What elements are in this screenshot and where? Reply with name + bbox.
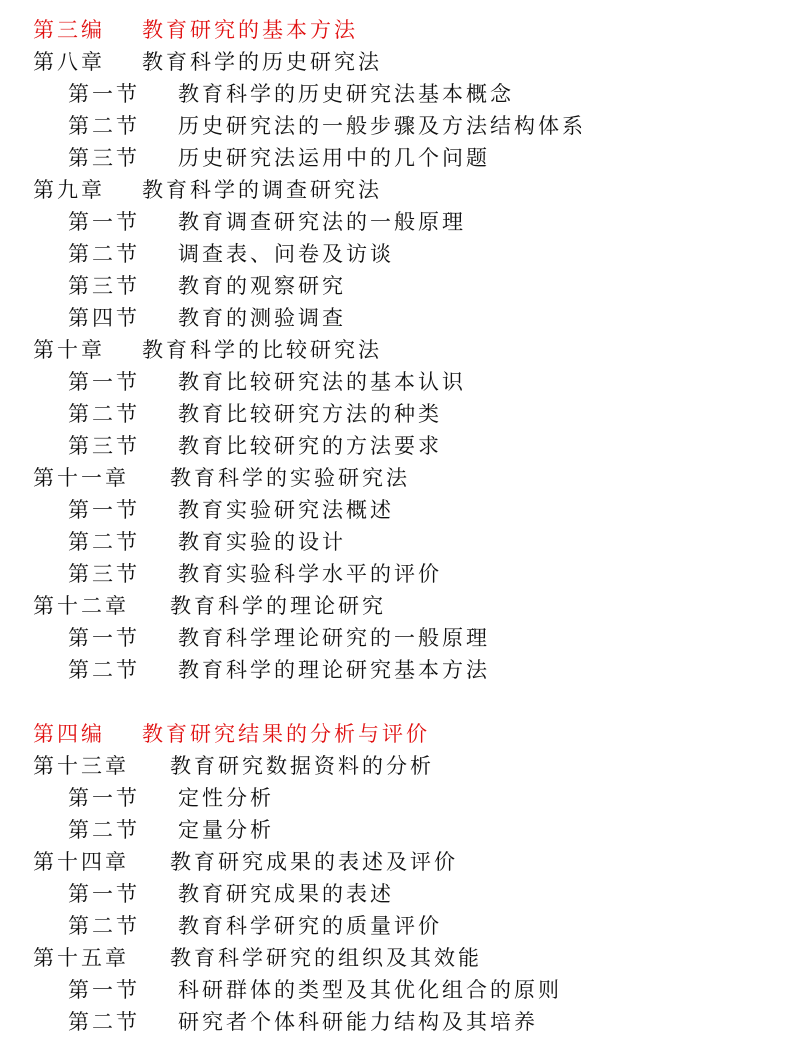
section-item: 第一节 科研群体的类型及其优化组合的原则	[0, 974, 790, 1006]
section-title: 教育科学的历史研究法基本概念	[178, 78, 514, 110]
section-title: 历史研究法运用中的几个问题	[178, 142, 490, 174]
chapter-number: 第十三章	[33, 750, 129, 782]
chapter-number: 第十章	[33, 334, 105, 366]
section-number: 第二节	[68, 1006, 140, 1038]
chapter-title: 教育科学研究的组织及其效能	[170, 942, 482, 974]
section-title: 历史研究法的一般步骤及方法结构体系	[178, 110, 586, 142]
section-item: 第一节 教育比较研究法的基本认识	[0, 366, 790, 398]
section-item: 第二节 调查表、问卷及访谈	[0, 238, 790, 270]
part-number: 第三编	[33, 14, 105, 46]
section-title: 教育比较研究的方法要求	[178, 430, 442, 462]
chapter-heading: 第十四章 教育研究成果的表述及评价	[0, 846, 790, 878]
section-item: 第四节 教育的测验调查	[0, 302, 790, 334]
section-number: 第一节	[68, 78, 140, 110]
section-number: 第二节	[68, 654, 140, 686]
part-heading: 第四编 教育研究结果的分析与评价	[0, 718, 790, 750]
section-number: 第一节	[68, 494, 140, 526]
section-number: 第三节	[68, 270, 140, 302]
chapter-number: 第八章	[33, 46, 105, 78]
section-item: 第一节 教育科学的历史研究法基本概念	[0, 78, 790, 110]
section-number: 第三节	[68, 142, 140, 174]
section-item: 第三节 教育的观察研究	[0, 270, 790, 302]
chapter-title: 教育科学的实验研究法	[170, 462, 410, 494]
section-item: 第二节 教育科学的理论研究基本方法	[0, 654, 790, 686]
section-title: 教育实验的设计	[178, 526, 346, 558]
chapter-heading: 第十章 教育科学的比较研究法	[0, 334, 790, 366]
chapter-heading: 第十五章 教育科学研究的组织及其效能	[0, 942, 790, 974]
chapter-number: 第十五章	[33, 942, 129, 974]
section-title: 教育科学的理论研究基本方法	[178, 654, 490, 686]
chapter-heading: 第十二章 教育科学的理论研究	[0, 590, 790, 622]
table-of-contents: 第三编 教育研究的基本方法 第八章 教育科学的历史研究法 第一节 教育科学的历史…	[0, 14, 790, 1038]
section-item: 第二节 定量分析	[0, 814, 790, 846]
chapter-heading: 第八章 教育科学的历史研究法	[0, 46, 790, 78]
section-title: 定性分析	[178, 782, 274, 814]
section-number: 第三节	[68, 558, 140, 590]
section-number: 第二节	[68, 814, 140, 846]
section-item: 第二节 教育比较研究方法的种类	[0, 398, 790, 430]
chapter-title: 教育科学的历史研究法	[142, 46, 382, 78]
chapter-number: 第十一章	[33, 462, 129, 494]
section-number: 第一节	[68, 622, 140, 654]
section-number: 第二节	[68, 238, 140, 270]
section-title: 教育科学研究的质量评价	[178, 910, 442, 942]
chapter-heading: 第十一章 教育科学的实验研究法	[0, 462, 790, 494]
section-title: 科研群体的类型及其优化组合的原则	[178, 974, 562, 1006]
section-title: 教育的观察研究	[178, 270, 346, 302]
section-item: 第二节 教育科学研究的质量评价	[0, 910, 790, 942]
chapter-number: 第九章	[33, 174, 105, 206]
section-title: 教育研究成果的表述	[178, 878, 394, 910]
chapter-heading: 第九章 教育科学的调查研究法	[0, 174, 790, 206]
section-number: 第二节	[68, 526, 140, 558]
section-number: 第一节	[68, 974, 140, 1006]
section-number: 第一节	[68, 206, 140, 238]
chapter-title: 教育科学的比较研究法	[142, 334, 382, 366]
section-title: 调查表、问卷及访谈	[178, 238, 394, 270]
section-item: 第二节 历史研究法的一般步骤及方法结构体系	[0, 110, 790, 142]
chapter-title: 教育研究成果的表述及评价	[170, 846, 458, 878]
section-number: 第二节	[68, 110, 140, 142]
section-item: 第一节 教育研究成果的表述	[0, 878, 790, 910]
chapter-title: 教育研究数据资料的分析	[170, 750, 434, 782]
section-item: 第二节 研究者个体科研能力结构及其培养	[0, 1006, 790, 1038]
chapter-title: 教育科学的调查研究法	[142, 174, 382, 206]
section-item: 第三节 教育比较研究的方法要求	[0, 430, 790, 462]
chapter-number: 第十四章	[33, 846, 129, 878]
section-item: 第一节 定性分析	[0, 782, 790, 814]
section-number: 第三节	[68, 430, 140, 462]
part-title: 教育研究结果的分析与评价	[142, 718, 430, 750]
chapter-number: 第十二章	[33, 590, 129, 622]
section-title: 教育调查研究法的一般原理	[178, 206, 466, 238]
section-number: 第二节	[68, 910, 140, 942]
section-item: 第二节 教育实验的设计	[0, 526, 790, 558]
chapter-heading: 第十三章 教育研究数据资料的分析	[0, 750, 790, 782]
section-item: 第三节 历史研究法运用中的几个问题	[0, 142, 790, 174]
section-title: 教育的测验调查	[178, 302, 346, 334]
section-item: 第三节 教育实验科学水平的评价	[0, 558, 790, 590]
section-title: 教育实验科学水平的评价	[178, 558, 442, 590]
section-number: 第一节	[68, 366, 140, 398]
part-number: 第四编	[33, 718, 105, 750]
section-title: 定量分析	[178, 814, 274, 846]
section-title: 教育比较研究方法的种类	[178, 398, 442, 430]
section-number: 第一节	[68, 782, 140, 814]
section-title: 教育科学理论研究的一般原理	[178, 622, 490, 654]
section-item: 第一节 教育调查研究法的一般原理	[0, 206, 790, 238]
section-title: 研究者个体科研能力结构及其培养	[178, 1006, 538, 1038]
section-title: 教育实验研究法概述	[178, 494, 394, 526]
section-title: 教育比较研究法的基本认识	[178, 366, 466, 398]
section-item: 第一节 教育实验研究法概述	[0, 494, 790, 526]
section-item: 第一节 教育科学理论研究的一般原理	[0, 622, 790, 654]
part-spacer	[0, 686, 790, 718]
section-number: 第一节	[68, 878, 140, 910]
chapter-title: 教育科学的理论研究	[170, 590, 386, 622]
part-heading: 第三编 教育研究的基本方法	[0, 14, 790, 46]
part-title: 教育研究的基本方法	[142, 14, 358, 46]
section-number: 第四节	[68, 302, 140, 334]
section-number: 第二节	[68, 398, 140, 430]
